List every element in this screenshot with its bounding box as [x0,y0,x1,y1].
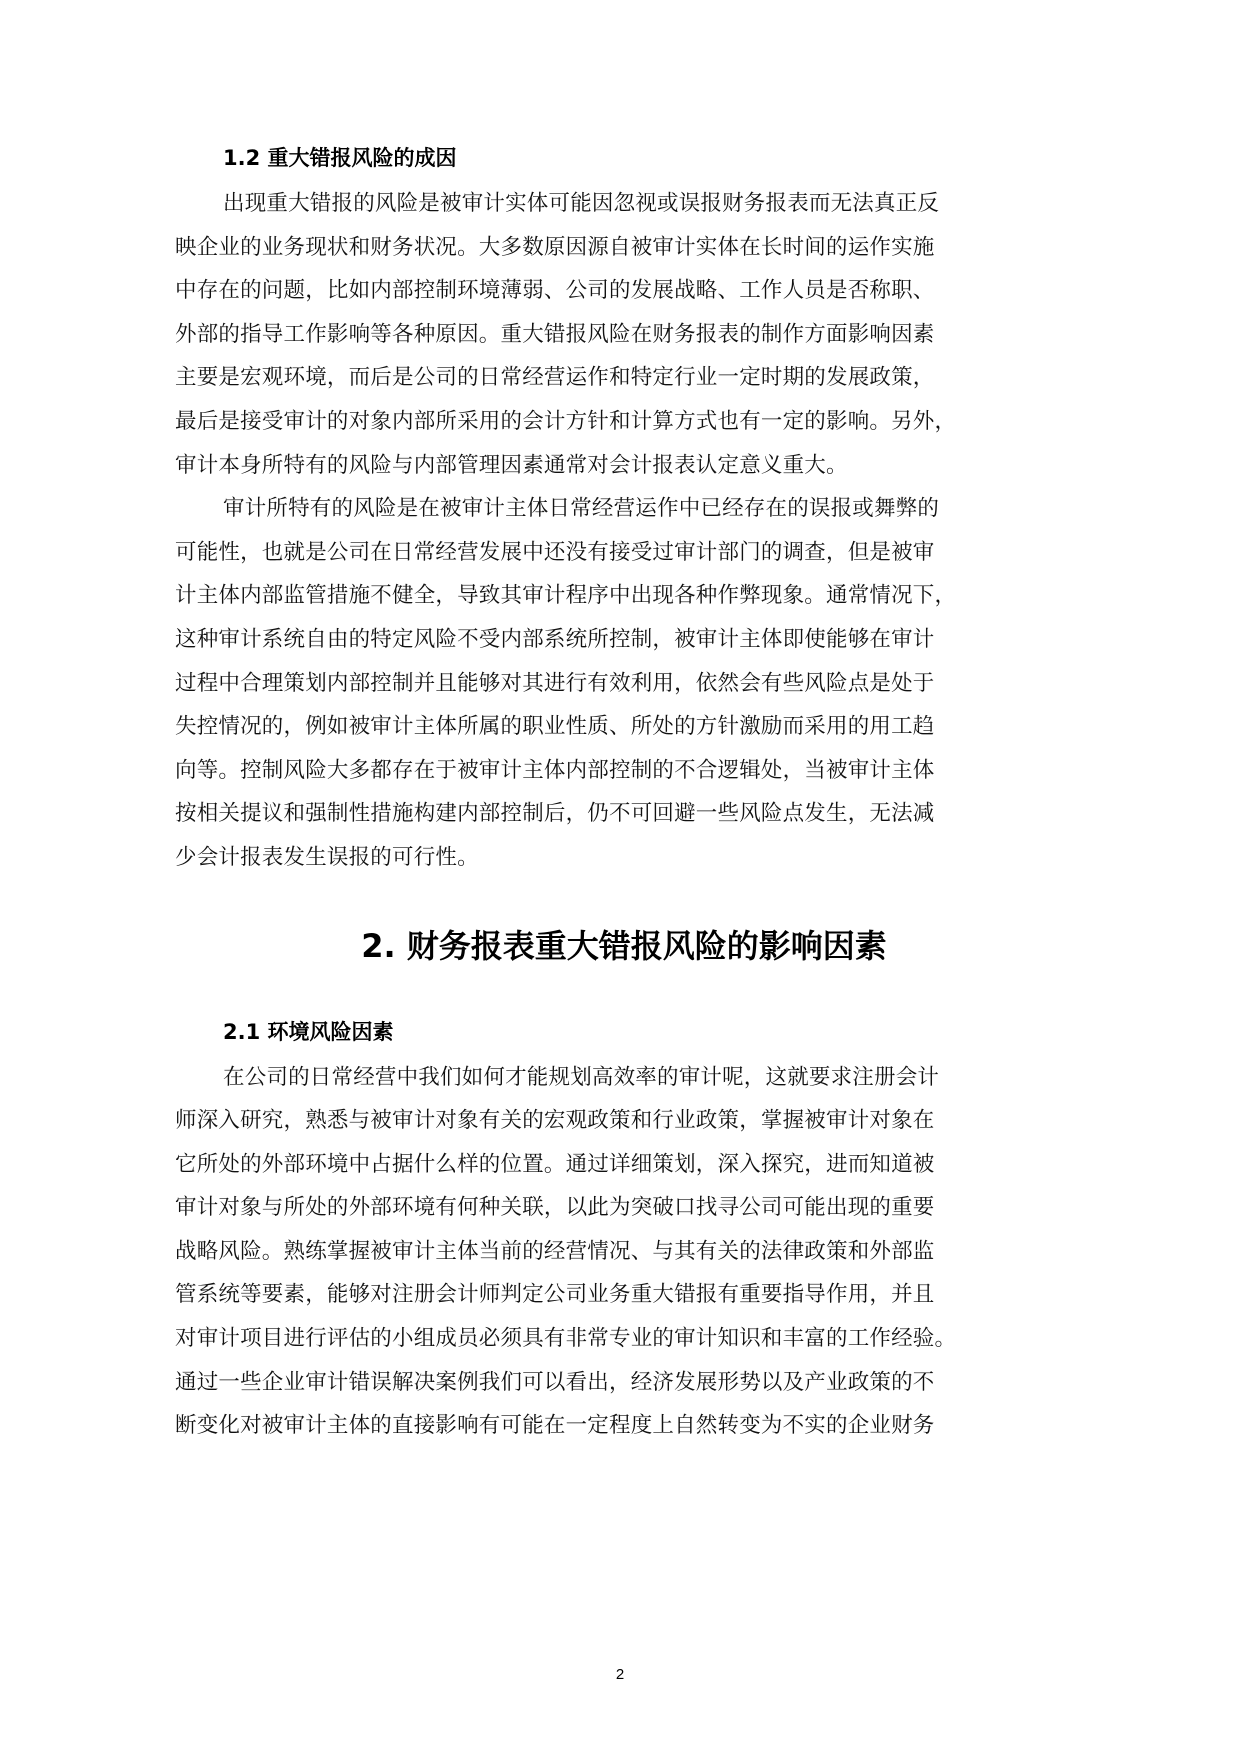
paragraph: 在公司的日常经营中我们如何才能规划高效率的审计呢，这就要求注册会计 师深入研究，… [175,1056,1073,1448]
section-heading-1-2: 1.2 重大错报风险的成因 [223,140,1073,176]
text-line: 师深入研究，熟悉与被审计对象有关的宏观政策和行业政策，掌握被审计对象在 [175,1099,1073,1143]
page-content: 1.2 重大错报风险的成因 出现重大错报的风险是被审计实体可能因忽视或误报财务报… [175,140,1073,1448]
text-line: 外部的指导工作影响等各种原因。重大错报风险在财务报表的制作方面影响因素 [175,313,1073,357]
text-line: 它所处的外部环境中占据什么样的位置。通过详细策划，深入探究，进而知道被 [175,1143,1073,1187]
text-line: 在公司的日常经营中我们如何才能规划高效率的审计呢，这就要求注册会计 [175,1056,1073,1100]
paragraph: 出现重大错报的风险是被审计实体可能因忽视或误报财务报表而无法真正反 映企业的业务… [175,182,1073,487]
text-line: 主要是宏观环境，而后是公司的日常经营运作和特定行业一定时期的发展政策， [175,356,1073,400]
text-line: 管系统等要素，能够对注册会计师判定公司业务重大错报有重要指导作用，并且 [175,1273,1073,1317]
paragraph: 审计所特有的风险是在被审计主体日常经营运作中已经存在的误报或舞弊的 可能性，也就… [175,487,1073,879]
text-line: 少会计报表发生误报的可行性。 [175,836,1073,880]
text-line: 最后是接受审计的对象内部所采用的会计方针和计算方式也有一定的影响。另外， [175,400,1073,444]
text-line: 出现重大错报的风险是被审计实体可能因忽视或误报财务报表而无法真正反 [175,182,1073,226]
text-line: 失控情况的，例如被审计主体所属的职业性质、所处的方针激励而采用的用工趋 [175,705,1073,749]
text-line: 计主体内部监管措施不健全，导致其审计程序中出现各种作弊现象。通常情况下， [175,574,1073,618]
text-line: 战略风险。熟练掌握被审计主体当前的经营情况、与其有关的法律政策和外部监 [175,1230,1073,1274]
document-page: 1.2 重大错报风险的成因 出现重大错报的风险是被审计实体可能因忽视或误报财务报… [0,0,1240,1754]
text-line: 按相关提议和强制性措施构建内部控制后，仍不可回避一些风险点发生，无法减 [175,792,1073,836]
text-line: 对审计项目进行评估的小组成员必须具有非常专业的审计知识和丰富的工作经验。 [175,1317,1073,1361]
text-line: 审计对象与所处的外部环境有何种关联，以此为突破口找寻公司可能出现的重要 [175,1186,1073,1230]
text-line: 审计所特有的风险是在被审计主体日常经营运作中已经存在的误报或舞弊的 [175,487,1073,531]
text-line: 通过一些企业审计错误解决案例我们可以看出，经济发展形势以及产业政策的不 [175,1361,1073,1405]
text-line: 可能性，也就是公司在日常经营发展中还没有接受过审计部门的调查，但是被审 [175,531,1073,575]
text-line: 中存在的问题，比如内部控制环境薄弱、公司的发展战略、工作人员是否称职、 [175,269,1073,313]
text-line: 向等。控制风险大多都存在于被审计主体内部控制的不合逻辑处，当被审计主体 [175,749,1073,793]
section-heading-2-1: 2.1 环境风险因素 [223,1014,1073,1050]
text-line: 映企业的业务现状和财务状况。大多数原因源自被审计实体在长时间的运作实施 [175,226,1073,270]
text-line: 这种审计系统自由的特定风险不受内部系统所控制，被审计主体即使能够在审计 [175,618,1073,662]
text-line: 断变化对被审计主体的直接影响有可能在一定程度上自然转变为不实的企业财务 [175,1404,1073,1448]
page-number: 2 [0,1666,1240,1683]
text-line: 审计本身所特有的风险与内部管理因素通常对会计报表认定意义重大。 [175,444,1073,488]
text-line: 过程中合理策划内部控制并且能够对其进行有效利用，依然会有些风险点是处于 [175,662,1073,706]
section-heading-2: 2. 财务报表重大错报风险的影响因素 [175,922,1073,970]
